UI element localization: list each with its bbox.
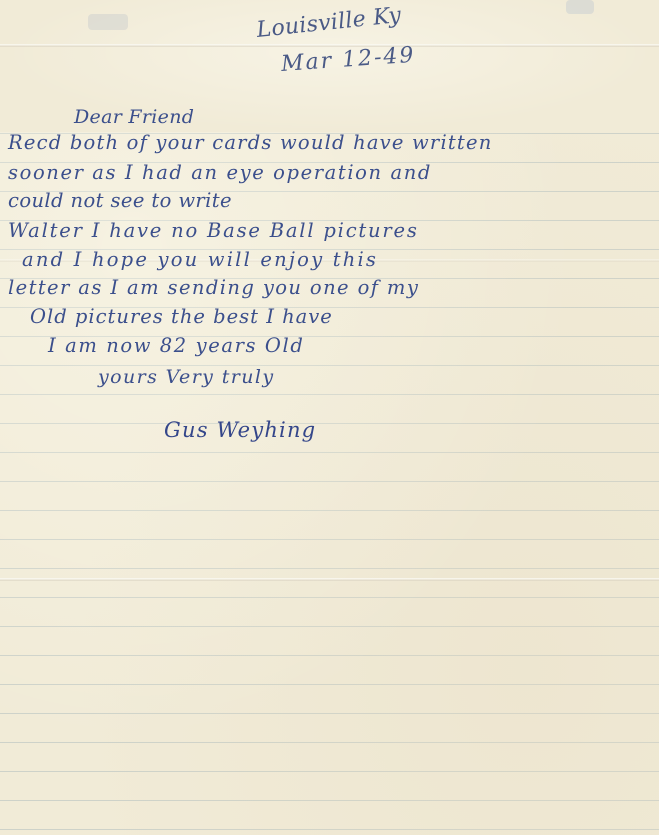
- body-line: Recd both of your cards would have writt…: [8, 131, 492, 154]
- letter-salutation: Dear Friend: [74, 106, 194, 128]
- body-line: sooner as I had an eye operation and: [8, 161, 432, 184]
- body-line: and I hope you will enjoy this: [22, 248, 378, 271]
- body-line: letter as I am sending you one of my: [8, 276, 419, 299]
- body-line: Walter I have no Base Ball pictures: [8, 219, 419, 242]
- paper-smudge: [88, 14, 128, 30]
- body-line: could not see to write: [8, 189, 232, 212]
- letter-signature: Gus Weyhing: [164, 418, 316, 442]
- letter-page: Louisville Ky Mar 12-49 Dear Friend Recd…: [0, 0, 659, 835]
- fold-crease: [0, 44, 659, 47]
- letter-closing: yours Very truly: [98, 366, 275, 388]
- body-line: I am now 82 years Old: [48, 334, 304, 357]
- paper-smudge: [566, 0, 594, 14]
- fold-crease: [0, 578, 659, 581]
- body-line: Old pictures the best I have: [30, 305, 333, 328]
